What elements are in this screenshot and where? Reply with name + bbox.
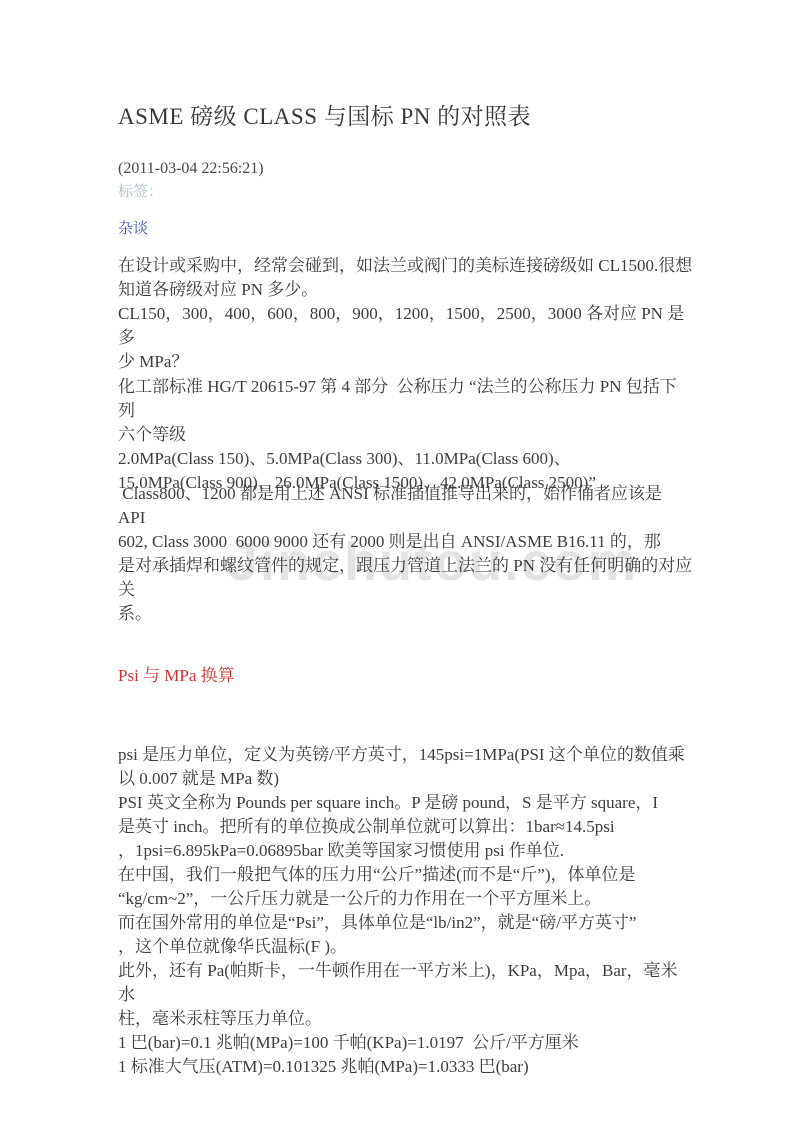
page-title: ASME 磅级 CLASS 与国标 PN 的对照表 (118, 101, 693, 133)
paragraph-intro: 在设计或采购中，经常会碰到，如法兰或阀门的美标连接磅级如 CL1500.很想 知… (118, 254, 693, 374)
paragraph-class-interpolation-note: Class800、1200 都是用上述 ANSI 标准插值推导出来的，始作俑者应… (118, 482, 693, 626)
post-date: (2011-03-04 22:56:21) (118, 158, 693, 180)
tags-label: 标签： (118, 182, 693, 202)
paragraph-hg-standard: 化工部标准 HG/T 20615-97 第 4 部分 公称压力 “法兰的公称压力… (118, 375, 693, 495)
category-link[interactable]: 杂谈 (118, 219, 693, 239)
paragraph-psi-explanation: psi 是压力单位，定义为英镑/平方英寸，145psi=1MPa(PSI 这个单… (118, 743, 693, 1079)
section-heading-psi-mpa: Psi 与 MPa 换算 (118, 664, 693, 688)
document-page: Jinchutou.com ASME 磅级 CLASS 与国标 PN 的对照表 … (0, 0, 800, 1132)
